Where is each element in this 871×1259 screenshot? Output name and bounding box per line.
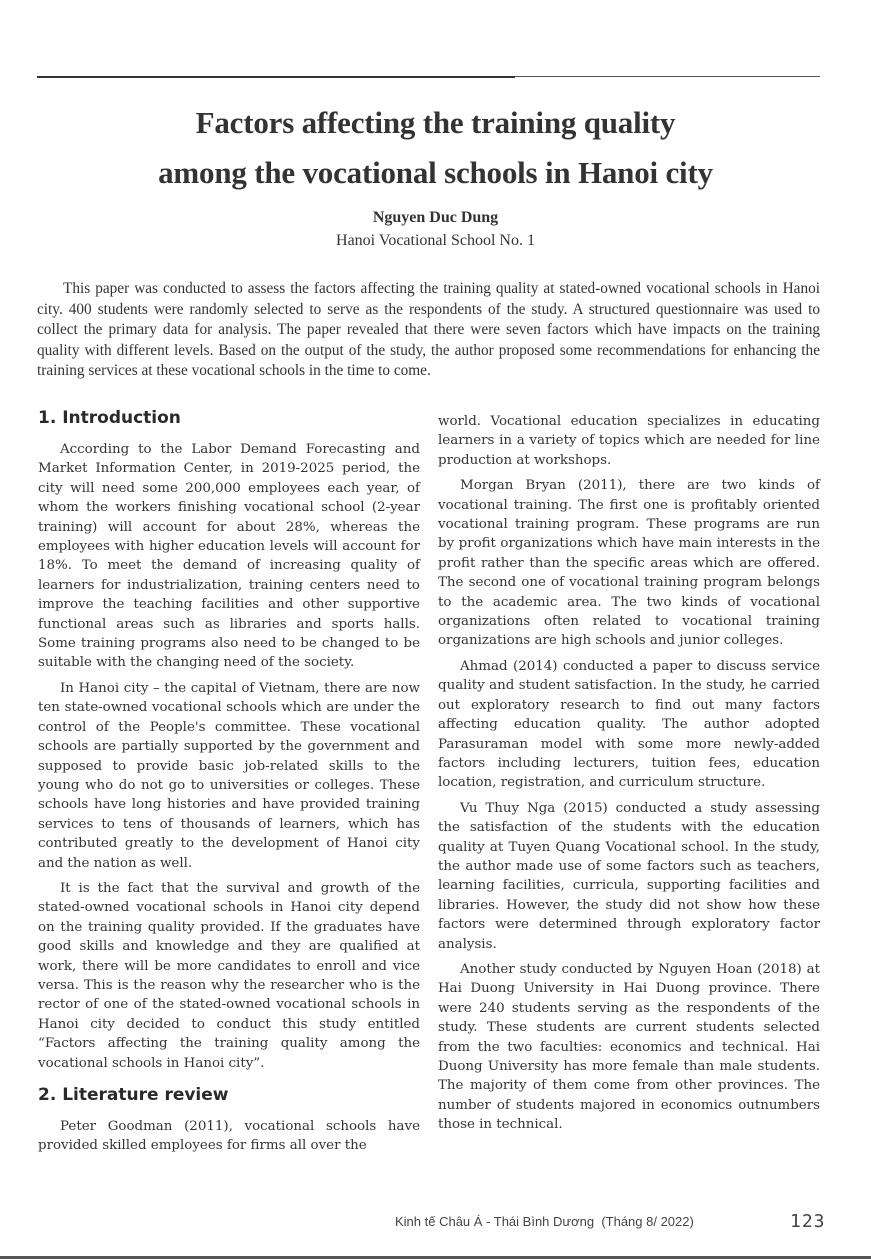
author-affiliation: Hanoi Vocational School No. 1 xyxy=(0,232,871,250)
paragraph: Another study conducted by Nguyen Hoan (… xyxy=(438,960,820,1135)
title-line-2: among the vocational schools in Hanoi ci… xyxy=(0,148,871,198)
page-number: 123 xyxy=(790,1211,826,1232)
paragraph: According to the Labor Demand Forecastin… xyxy=(38,440,420,673)
left-column: 1. Introduction According to the Labor D… xyxy=(38,406,420,1162)
section-heading-literature-review: 2. Literature review xyxy=(38,1083,420,1107)
paragraph: Peter Goodman (2011), vocational schools… xyxy=(38,1117,420,1156)
paragraph: Vu Thuy Nga (2015) conducted a study ass… xyxy=(438,799,820,954)
right-column: world. Vocational education specializes … xyxy=(438,412,820,1141)
paragraph: Morgan Bryan (2011), there are two kinds… xyxy=(438,476,820,651)
abstract: This paper was conducted to assess the f… xyxy=(37,279,820,382)
paragraph-continuation: world. Vocational education specializes … xyxy=(438,412,820,470)
footer-journal-name: Kinh tế Châu Á - Thái Bình Dương (Tháng … xyxy=(395,1214,694,1229)
paragraph: In Hanoi city – the capital of Vietnam, … xyxy=(38,679,420,873)
paragraph: Ahmad (2014) conducted a paper to discus… xyxy=(438,657,820,793)
header-rule-thick xyxy=(37,76,515,78)
paragraph: It is the fact that the survival and gro… xyxy=(38,879,420,1073)
author-name: Nguyen Duc Dung xyxy=(0,209,871,227)
paper-title: Factors affecting the training quality a… xyxy=(0,98,871,198)
section-heading-introduction: 1. Introduction xyxy=(38,406,420,430)
title-line-1: Factors affecting the training quality xyxy=(0,98,871,148)
